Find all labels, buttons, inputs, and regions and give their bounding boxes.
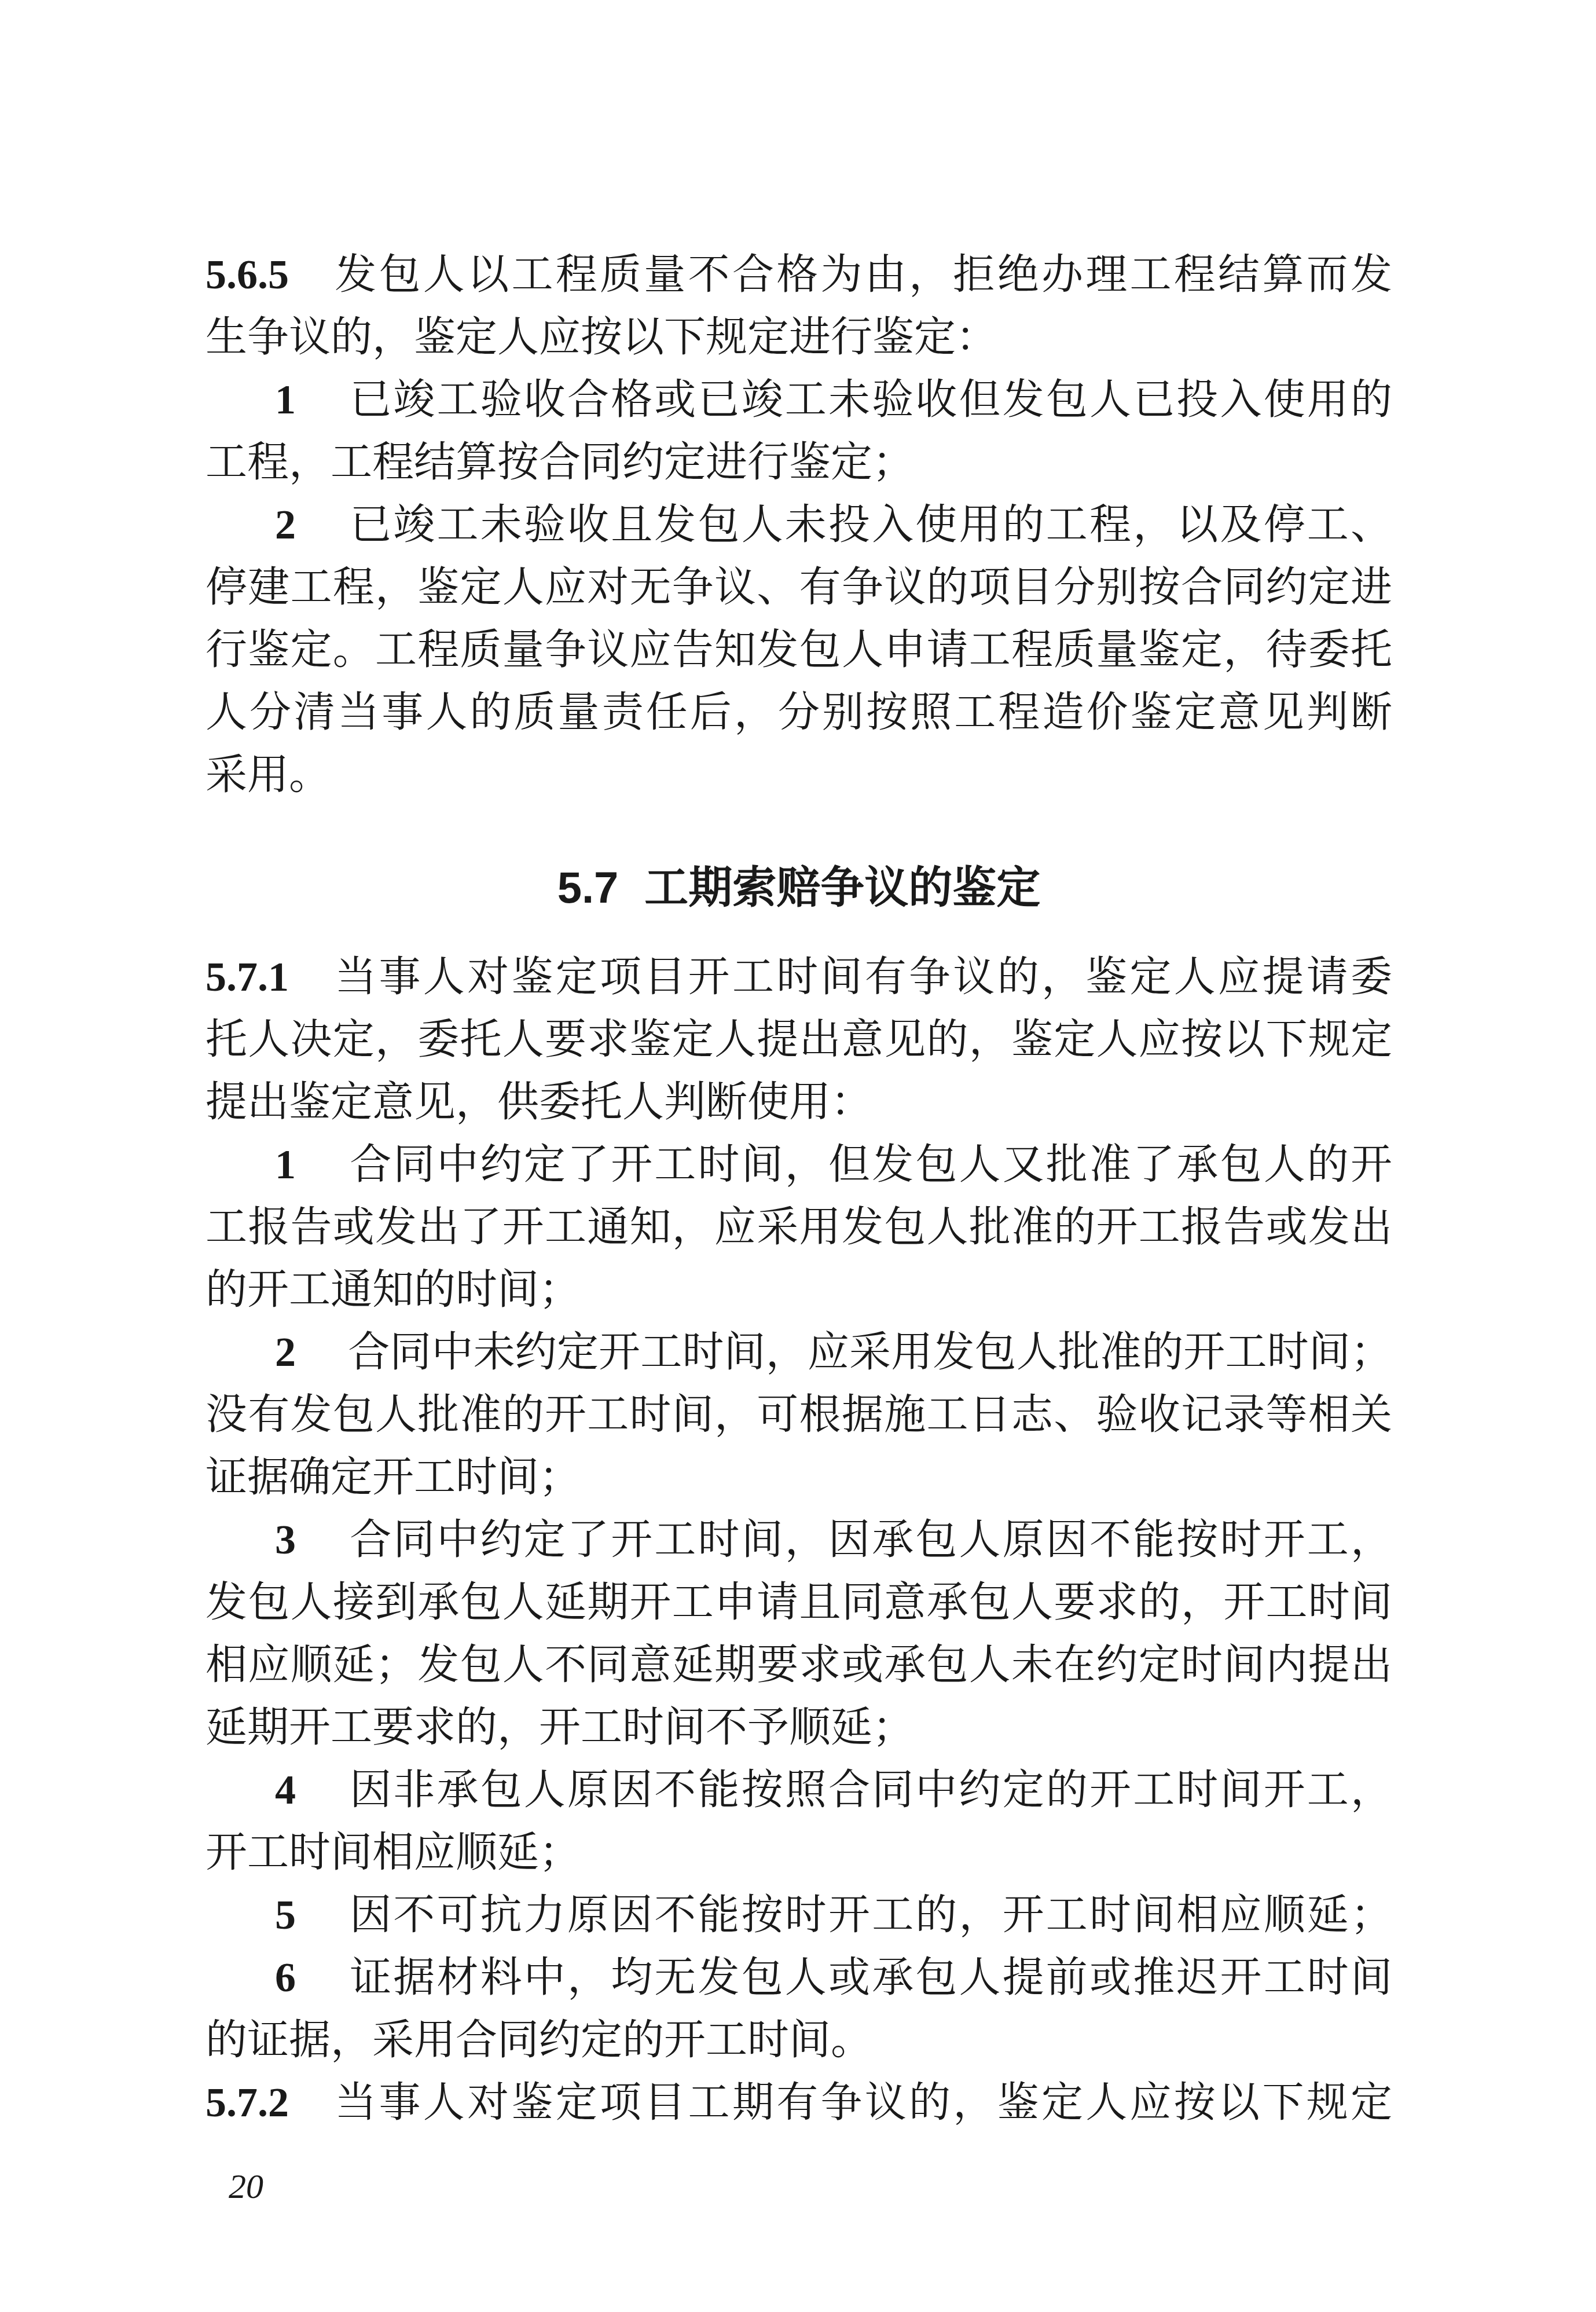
continuation-line: 证据确定开工时间； (206, 1446, 1392, 1508)
clause-number: 5.6.5 (206, 251, 289, 298)
continuation-line: 的证据，采用合同约定的开工时间。 (206, 2009, 1392, 2071)
item-number: 1 (275, 376, 296, 423)
line-text: 没有发包人批准的开工时间，可根据施工日志、验收记录等相关 (206, 1391, 1392, 1438)
line-text: 证据材料中，均无发包人或承包人提前或推迟开工时间 (348, 1954, 1392, 2000)
line-text: 提出鉴定意见，供委托人判断使用： (206, 1079, 872, 1125)
item-number: 2 (275, 1329, 296, 1375)
line-text: 生争议的，鉴定人应按以下规定进行鉴定： (206, 314, 997, 360)
clause-number: 5.7.1 (206, 954, 289, 1000)
continuation-line: 的开工通知的时间； (206, 1258, 1392, 1321)
continuation-line: 工程，工程结算按合同约定进行鉴定； (206, 431, 1392, 493)
line-text: 合同中未约定开工时间，应采用发包人批准的开工时间； (348, 1329, 1392, 1375)
item-number: 5 (275, 1892, 296, 1938)
item-number: 6 (275, 1954, 296, 2000)
document-page: 5.6.5发包人以工程质量不合格为由，拒绝办理工程结算而发生争议的，鉴定人应按以… (0, 0, 1596, 2312)
clause-number: 5.7.2 (206, 2079, 289, 2126)
line-text: 已竣工验收合格或已竣工未验收但发包人已投入使用的 (348, 376, 1392, 423)
continuation-line: 生争议的，鉴定人应按以下规定进行鉴定： (206, 306, 1392, 368)
continuation-line: 托人决定，委托人要求鉴定人提出意见的，鉴定人应按以下规定 (206, 1008, 1392, 1071)
line-text: 合同中约定了开工时间，但发包人又批准了承包人的开 (348, 1141, 1392, 1188)
line-text: 托人决定，委托人要求鉴定人提出意见的，鉴定人应按以下规定 (206, 1016, 1392, 1062)
line-text: 因不可抗力原因不能按时开工的，开工时间相应顺延； (348, 1892, 1392, 1938)
section-heading: 5.7工期索赔争议的鉴定 (206, 857, 1392, 919)
item-line: 5因不可抗力原因不能按时开工的，开工时间相应顺延； (206, 1884, 1392, 1946)
line-text: 的开工通知的时间； (206, 1266, 581, 1313)
item-line: 3合同中约定了开工时间，因承包人原因不能按时开工， (206, 1508, 1392, 1571)
continuation-line: 采用。 (206, 743, 1392, 806)
continuation-line: 提出鉴定意见，供委托人判断使用： (206, 1071, 1392, 1133)
item-number: 3 (275, 1516, 296, 1563)
line-text: 合同中约定了开工时间，因承包人原因不能按时开工， (348, 1516, 1392, 1563)
line-text: 证据确定开工时间； (206, 1454, 581, 1500)
line-text: 相应顺延；发包人不同意延期要求或承包人未在约定时间内提出 (206, 1642, 1392, 1688)
continuation-line: 没有发包人批准的开工时间，可根据施工日志、验收记录等相关 (206, 1383, 1392, 1446)
clause-line: 5.6.5发包人以工程质量不合格为由，拒绝办理工程结算而发 (206, 243, 1392, 306)
line-text: 停建工程，鉴定人应对无争议、有争议的项目分别按合同约定进 (206, 564, 1392, 610)
line-text: 因非承包人原因不能按照合同中约定的开工时间开工， (348, 1767, 1392, 1813)
continuation-line: 行鉴定。工程质量争议应告知发包人申请工程质量鉴定，待委托 (206, 618, 1392, 681)
line-text: 工程，工程结算按合同约定进行鉴定； (206, 439, 914, 485)
page-number: 20 (229, 2166, 263, 2207)
continuation-line: 工报告或发出了开工通知，应采用发包人批准的开工报告或发出 (206, 1196, 1392, 1258)
line-text: 的证据，采用合同约定的开工时间。 (206, 2017, 872, 2063)
continuation-line: 发包人接到承包人延期开工申请且同意承包人要求的，开工时间 (206, 1571, 1392, 1633)
item-line: 2已竣工未验收且发包人未投入使用的工程，以及停工、 (206, 493, 1392, 556)
clause-number: 5.7 (557, 863, 619, 913)
item-line: 1已竣工验收合格或已竣工未验收但发包人已投入使用的 (206, 368, 1392, 431)
item-number: 2 (275, 501, 296, 548)
line-text: 发包人以工程质量不合格为由，拒绝办理工程结算而发 (332, 251, 1392, 298)
line-text: 人分清当事人的质量责任后，分别按照工程造价鉴定意见判断 (206, 689, 1392, 735)
continuation-line: 停建工程，鉴定人应对无争议、有争议的项目分别按合同约定进 (206, 556, 1392, 618)
item-line: 6证据材料中，均无发包人或承包人提前或推迟开工时间 (206, 1946, 1392, 2009)
line-text: 行鉴定。工程质量争议应告知发包人申请工程质量鉴定，待委托 (206, 626, 1392, 673)
item-line: 1合同中约定了开工时间，但发包人又批准了承包人的开 (206, 1133, 1392, 1196)
line-text: 采用。 (206, 752, 331, 798)
continuation-line: 开工时间相应顺延； (206, 1821, 1392, 1884)
line-text: 延期开工要求的，开工时间不予顺延； (206, 1704, 914, 1750)
line-text: 工报告或发出了开工通知，应采用发包人批准的开工报告或发出 (206, 1204, 1392, 1250)
continuation-line: 相应顺延；发包人不同意延期要求或承包人未在约定时间内提出 (206, 1633, 1392, 1696)
line-text: 开工时间相应顺延； (206, 1829, 581, 1875)
continuation-line: 人分清当事人的质量责任后，分别按照工程造价鉴定意见判断 (206, 681, 1392, 743)
text-column: 5.6.5发包人以工程质量不合格为由，拒绝办理工程结算而发生争议的，鉴定人应按以… (206, 243, 1392, 2134)
line-text: 当事人对鉴定项目工期有争议的，鉴定人应按以下规定 (332, 2079, 1392, 2126)
line-text: 当事人对鉴定项目开工时间有争议的，鉴定人应提请委 (332, 954, 1392, 1000)
item-line: 4因非承包人原因不能按照合同中约定的开工时间开工， (206, 1758, 1392, 1821)
item-number: 4 (275, 1767, 296, 1813)
line-text: 已竣工未验收且发包人未投入使用的工程，以及停工、 (348, 501, 1392, 548)
line-text: 发包人接到承包人延期开工申请且同意承包人要求的，开工时间 (206, 1579, 1392, 1625)
clause-line: 5.7.2当事人对鉴定项目工期有争议的，鉴定人应按以下规定 (206, 2071, 1392, 2134)
clause-line: 5.7.1当事人对鉴定项目开工时间有争议的，鉴定人应提请委 (206, 946, 1392, 1008)
item-number: 1 (275, 1141, 296, 1188)
item-line: 2合同中未约定开工时间，应采用发包人批准的开工时间； (206, 1321, 1392, 1383)
line-text: 工期索赔争议的鉴定 (644, 863, 1040, 913)
continuation-line: 延期开工要求的，开工时间不予顺延； (206, 1696, 1392, 1758)
